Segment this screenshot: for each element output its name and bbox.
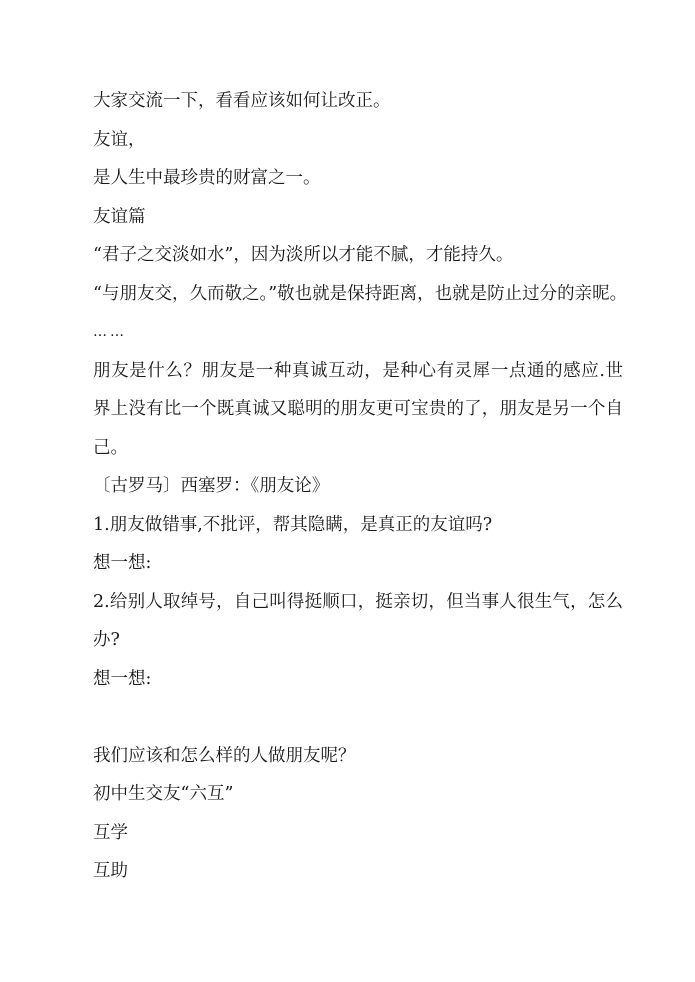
text-line-treasure: 是人生中最珍贵的财富之一。 bbox=[93, 159, 623, 198]
paragraph-what-is-friend: 朋友是什么？朋友是一种真诚互动，是种心有灵犀一点通的感应.世界上没有比一个既真诚… bbox=[93, 352, 623, 468]
think-prompt-2: 想一想: bbox=[93, 660, 623, 699]
question-1: 1.朋友做错事,不批评，帮其隐瞒，是真正的友谊吗? bbox=[93, 506, 623, 545]
citation-source: 〔古罗马〕西塞罗：《朋友论》 bbox=[93, 467, 623, 506]
think-prompt-1: 想一想: bbox=[93, 544, 623, 583]
six-mutual-item-help: 互助 bbox=[93, 852, 623, 891]
six-mutual-item-study: 互学 bbox=[93, 814, 623, 853]
ellipsis: …… bbox=[93, 313, 623, 352]
quote-respect: “与朋友交，久而敬之。”敬也就是保持距离，也就是防止过分的亲昵。 bbox=[93, 275, 623, 314]
section-heading-friendship: 友谊篇 bbox=[93, 198, 623, 237]
text-line-discuss: 大家交流一下，看看应该如何让改正。 bbox=[93, 82, 623, 121]
text-line-friendship: 友谊， bbox=[93, 121, 623, 160]
question-3: 我们应该和怎么样的人做朋友呢？ bbox=[93, 737, 623, 776]
question-2: 2.给别人取绰号，自己叫得挺顺口，挺亲切，但当事人很生气，怎么办? bbox=[93, 583, 623, 660]
six-mutual-title: 初中生交友“六互” bbox=[93, 775, 623, 814]
blank-line bbox=[93, 698, 623, 737]
quote-gentleman: “君子之交淡如水”，因为淡所以才能不腻，才能持久。 bbox=[93, 236, 623, 275]
document-page: 大家交流一下，看看应该如何让改正。 友谊， 是人生中最珍贵的财富之一。 友谊篇 … bbox=[93, 82, 623, 891]
